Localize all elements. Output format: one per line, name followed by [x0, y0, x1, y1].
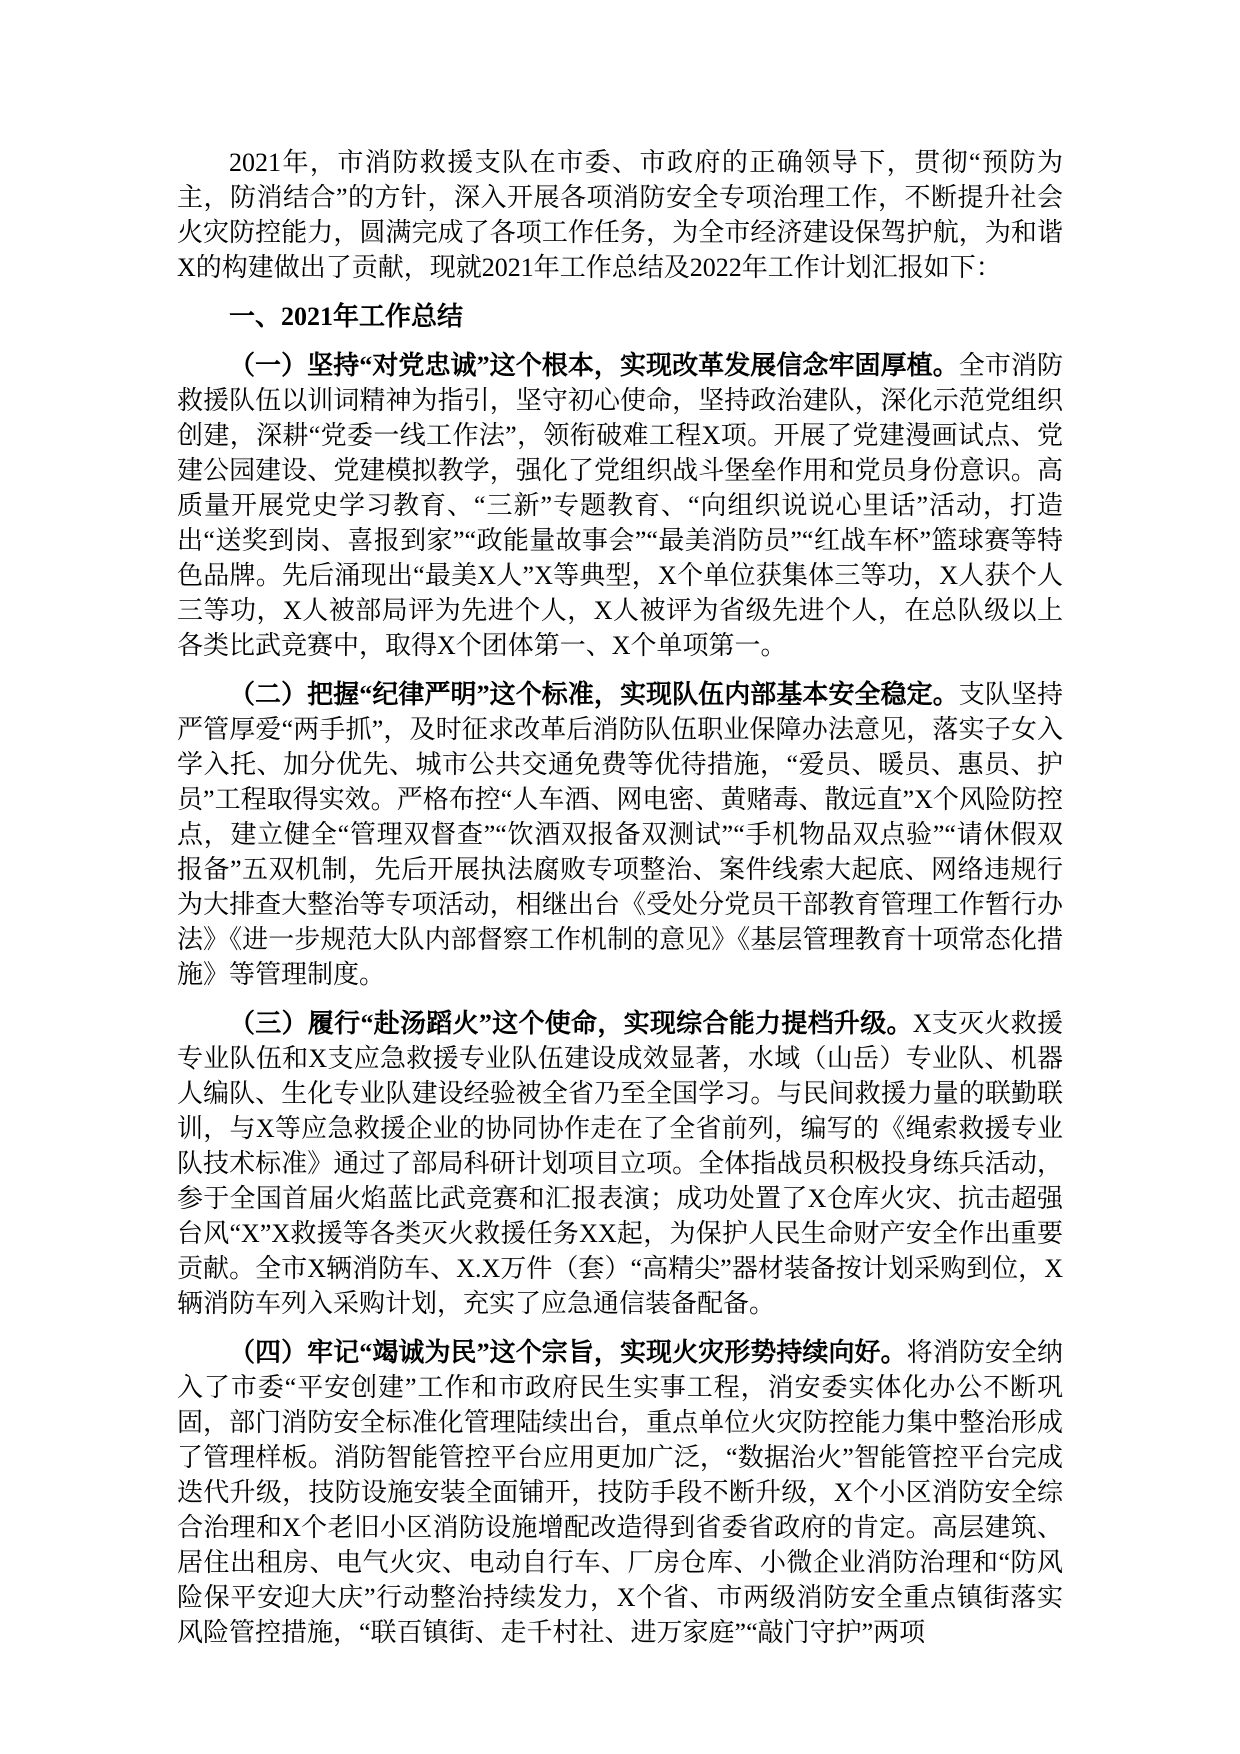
paragraph-item-3-lead: （三）履行“赴汤蹈火”这个使命，实现综合能力提档升级。 [229, 1009, 913, 1038]
paragraph-item-2: （二）把握“纪律严明”这个标准，实现队伍内部基本安全稳定。支队坚持严管厚爱“两手… [177, 677, 1063, 992]
paragraph-item-3-body: X支灭火救援专业队伍和X支应急救援专业队伍建设成效显著，水域（山岳）专业队、机器… [177, 1009, 1063, 1318]
paragraph-item-2-body: 支队坚持严管厚爱“两手抓”，及时征求改革后消防队伍职业保障办法意见，落实子女入学… [177, 680, 1063, 989]
paragraph-item-4-lead: （四）牢记“竭诚为民”这个宗旨，实现火灾形势持续向好。 [229, 1338, 907, 1367]
paragraph-item-2-lead: （二）把握“纪律严明”这个标准，实现队伍内部基本安全稳定。 [229, 680, 959, 709]
paragraph-item-1-lead: （一）坚持“对党忠诚”这个根本，实现改革发展信念牢固厚植。 [229, 351, 959, 380]
paragraph-item-4-body: 将消防安全纳入了市委“平安创建”工作和市政府民生实事工程，消安委实体化办公不断巩… [177, 1338, 1063, 1647]
paragraph-item-3: （三）履行“赴汤蹈火”这个使命，实现综合能力提档升级。X支灭火救援专业队伍和X支… [177, 1006, 1063, 1321]
paragraph-item-4: （四）牢记“竭诚为民”这个宗旨，实现火灾形势持续向好。将消防安全纳入了市委“平安… [177, 1335, 1063, 1650]
paragraph-item-1: （一）坚持“对党忠诚”这个根本，实现改革发展信念牢固厚植。全市消防救援队伍以训词… [177, 348, 1063, 663]
paragraph-item-1-body: 全市消防救援队伍以训词精神为指引，坚守初心使命，坚持政治建队，深化示范党组织创建… [177, 351, 1063, 660]
section-heading-2021-work-summary: 一、2021年工作总结 [177, 299, 1063, 334]
intro-paragraph: 2021年，市消防救援支队在市委、市政府的正确领导下，贯彻“预防为主，防消结合”… [177, 145, 1063, 285]
document-page: 2021年，市消防救援支队在市委、市政府的正确领导下，贯彻“预防为主，防消结合”… [0, 0, 1240, 1754]
